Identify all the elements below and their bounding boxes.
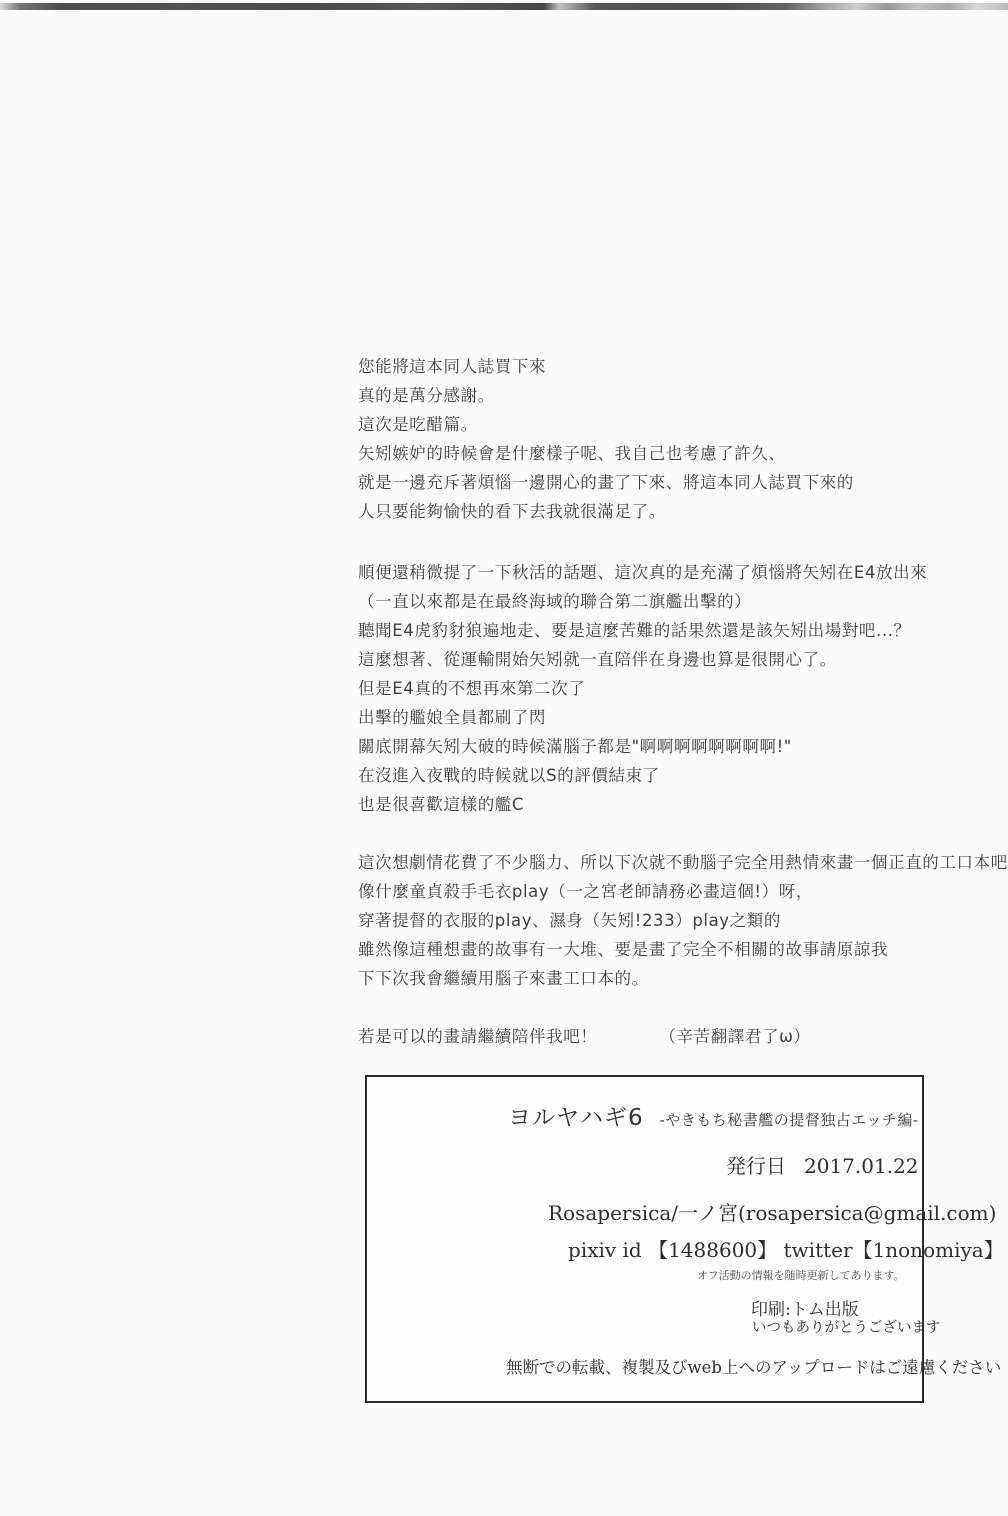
afterword-line: 真的是萬分感謝。 xyxy=(358,381,854,410)
afterword-line: 也是很喜歡這樣的艦C xyxy=(358,790,927,819)
afterword-line: 順便還稍微提了一下秋活的話題、這次真的是充滿了煩惱將矢矧在E4放出來 xyxy=(358,558,927,587)
book-title: ヨルヤハギ6 xyxy=(508,1105,644,1131)
book-subtitle: -やきもち秘書艦の提督独占エッチ編- xyxy=(660,1111,919,1129)
printer-thanks-line: いつもありがとうございます xyxy=(752,1316,941,1337)
afterword-line: 關底開幕矢矧大破的時候滿腦子都是"啊啊啊啊啊啊啊啊!" xyxy=(358,732,927,761)
scanned-doujin-afterword-page: 您能將這本同人誌買下來 真的是萬分感謝。 這次是吃醋篇。 矢矧嫉妒的時候會是什麼… xyxy=(0,0,1008,1516)
afterword-line: （一直以來都是在最終海域的聯合第二旗艦出擊的） xyxy=(358,587,927,616)
afterword-closing-line: 若是可以的畫請繼續陪伴我吧！（辛苦翻譯君了ω） xyxy=(358,1022,811,1051)
afterword-paragraph-1: 您能將這本同人誌買下來 真的是萬分感謝。 這次是吃醋篇。 矢矧嫉妒的時候會是什麼… xyxy=(358,352,854,526)
afterword-line: 穿著提督的衣服的play、濕身（矢矧!233）play之類的 xyxy=(358,906,1008,935)
afterword-line: 這麼想著、從運輸開始矢矧就一直陪伴在身邊也算是很開心了。 xyxy=(358,645,927,674)
afterword-line: 但是E4真的不想再來第二次了 xyxy=(358,674,927,703)
afterword-line: 您能將這本同人誌買下來 xyxy=(358,352,854,381)
publish-date-label: 発行日 xyxy=(726,1154,786,1178)
translator-note: （辛苦翻譯君了ω） xyxy=(659,1027,810,1046)
afterword-line: 就是一邊充斥著煩惱一邊開心的畫了下來、將這本同人誌買下來的 xyxy=(358,468,854,497)
publish-date-value: 2017.01.22 xyxy=(804,1154,919,1178)
afterword-line: 下下次我會繼續用腦子來畫工口本的。 xyxy=(358,964,1008,993)
afterword-paragraph-3: 這次想劇情花費了不少腦力、所以下次就不動腦子完全用熱情來畫一個正直的工口本吧。 … xyxy=(358,848,1008,993)
publish-date-line: 発行日2017.01.22 xyxy=(726,1150,919,1179)
afterword-line: 人只要能夠愉快的看下去我就很滿足了。 xyxy=(358,497,854,526)
afterword-line: 這次是吃醋篇。 xyxy=(358,410,854,439)
afterword-line: 像什麼童貞殺手毛衣play（一之宮老師請務必畫這個!）呀， xyxy=(358,877,1008,906)
closing-message: 若是可以的畫請繼續陪伴我吧！ xyxy=(358,1027,597,1046)
afterword-line: 這次想劇情花費了不少腦力、所以下次就不動腦子完全用熱情來畫一個正直的工口本吧。 xyxy=(358,848,1008,877)
afterword-line: 矢矧嫉妒的時候會是什麼樣子呢、我自己也考慮了許久、 xyxy=(358,439,854,468)
afterword-line: 在沒進入夜戰的時候就以S的評價結束了 xyxy=(358,761,927,790)
colophon-title-row: ヨルヤハギ6-やきもち秘書艦の提督独占エッチ編- xyxy=(508,1099,918,1132)
afterword-paragraph-2: 順便還稍微提了一下秋活的話題、這次真的是充滿了煩惱將矢矧在E4放出來 （一直以來… xyxy=(358,558,927,819)
colophon-box: ヨルヤハギ6-やきもち秘書艦の提督独占エッチ編- 発行日2017.01.22 R… xyxy=(365,1075,924,1403)
scanner-edge-artifact xyxy=(0,3,1008,10)
afterword-line: 出擊的艦娘全員都刷了閃 xyxy=(358,703,927,732)
activity-update-note: オフ活動の情報を随時更新してあります。 xyxy=(697,1267,905,1283)
pixiv-twitter-ids-line: pixiv id 【1488600】 twitter【1nonomiya】 xyxy=(568,1234,1004,1263)
afterword-line: 聽聞E4虎豹豺狼遍地走、要是這麼苦難的話果然還是該矢矧出場對吧...？ xyxy=(358,616,927,645)
afterword-line: 雖然像這種想畫的故事有一大堆、要是畫了完全不相關的故事請原諒我 xyxy=(358,935,1008,964)
no-repost-warning: 無断での転載、複製及びweb上へのアップロードはご遠慮ください xyxy=(506,1354,1001,1378)
author-contact-line: Rosapersica/一ノ宮(rosapersica@gmail.com) xyxy=(548,1197,996,1226)
